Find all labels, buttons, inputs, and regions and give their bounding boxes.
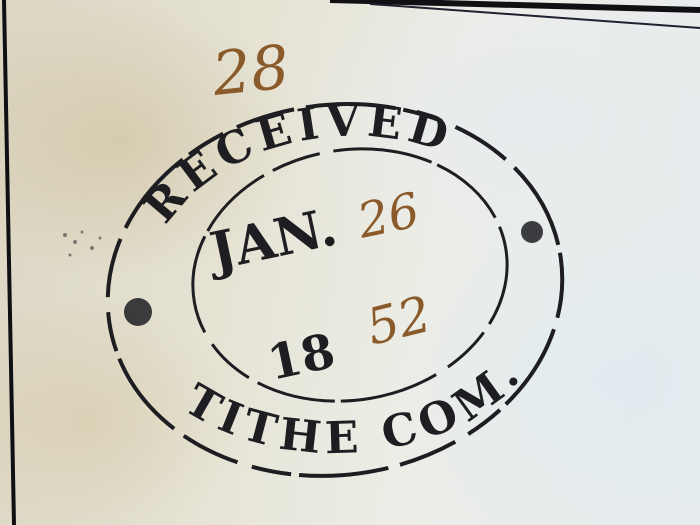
ink-blot-left (124, 298, 152, 326)
ink-blot-right (521, 221, 543, 243)
ink-smudge (63, 231, 102, 257)
handwritten-number: 28 (208, 32, 292, 110)
stamp-graphic: RECEIVED TITHE COM. JAN. 26 18 52 28 (0, 0, 700, 525)
handwritten-day: 26 (352, 182, 424, 250)
left-border-line (4, 0, 14, 525)
document-photo: RECEIVED TITHE COM. JAN. 26 18 52 28 (0, 0, 700, 525)
stamp-year-prefix: 18 (263, 323, 340, 392)
handwritten-year-suffix: 52 (361, 285, 437, 357)
